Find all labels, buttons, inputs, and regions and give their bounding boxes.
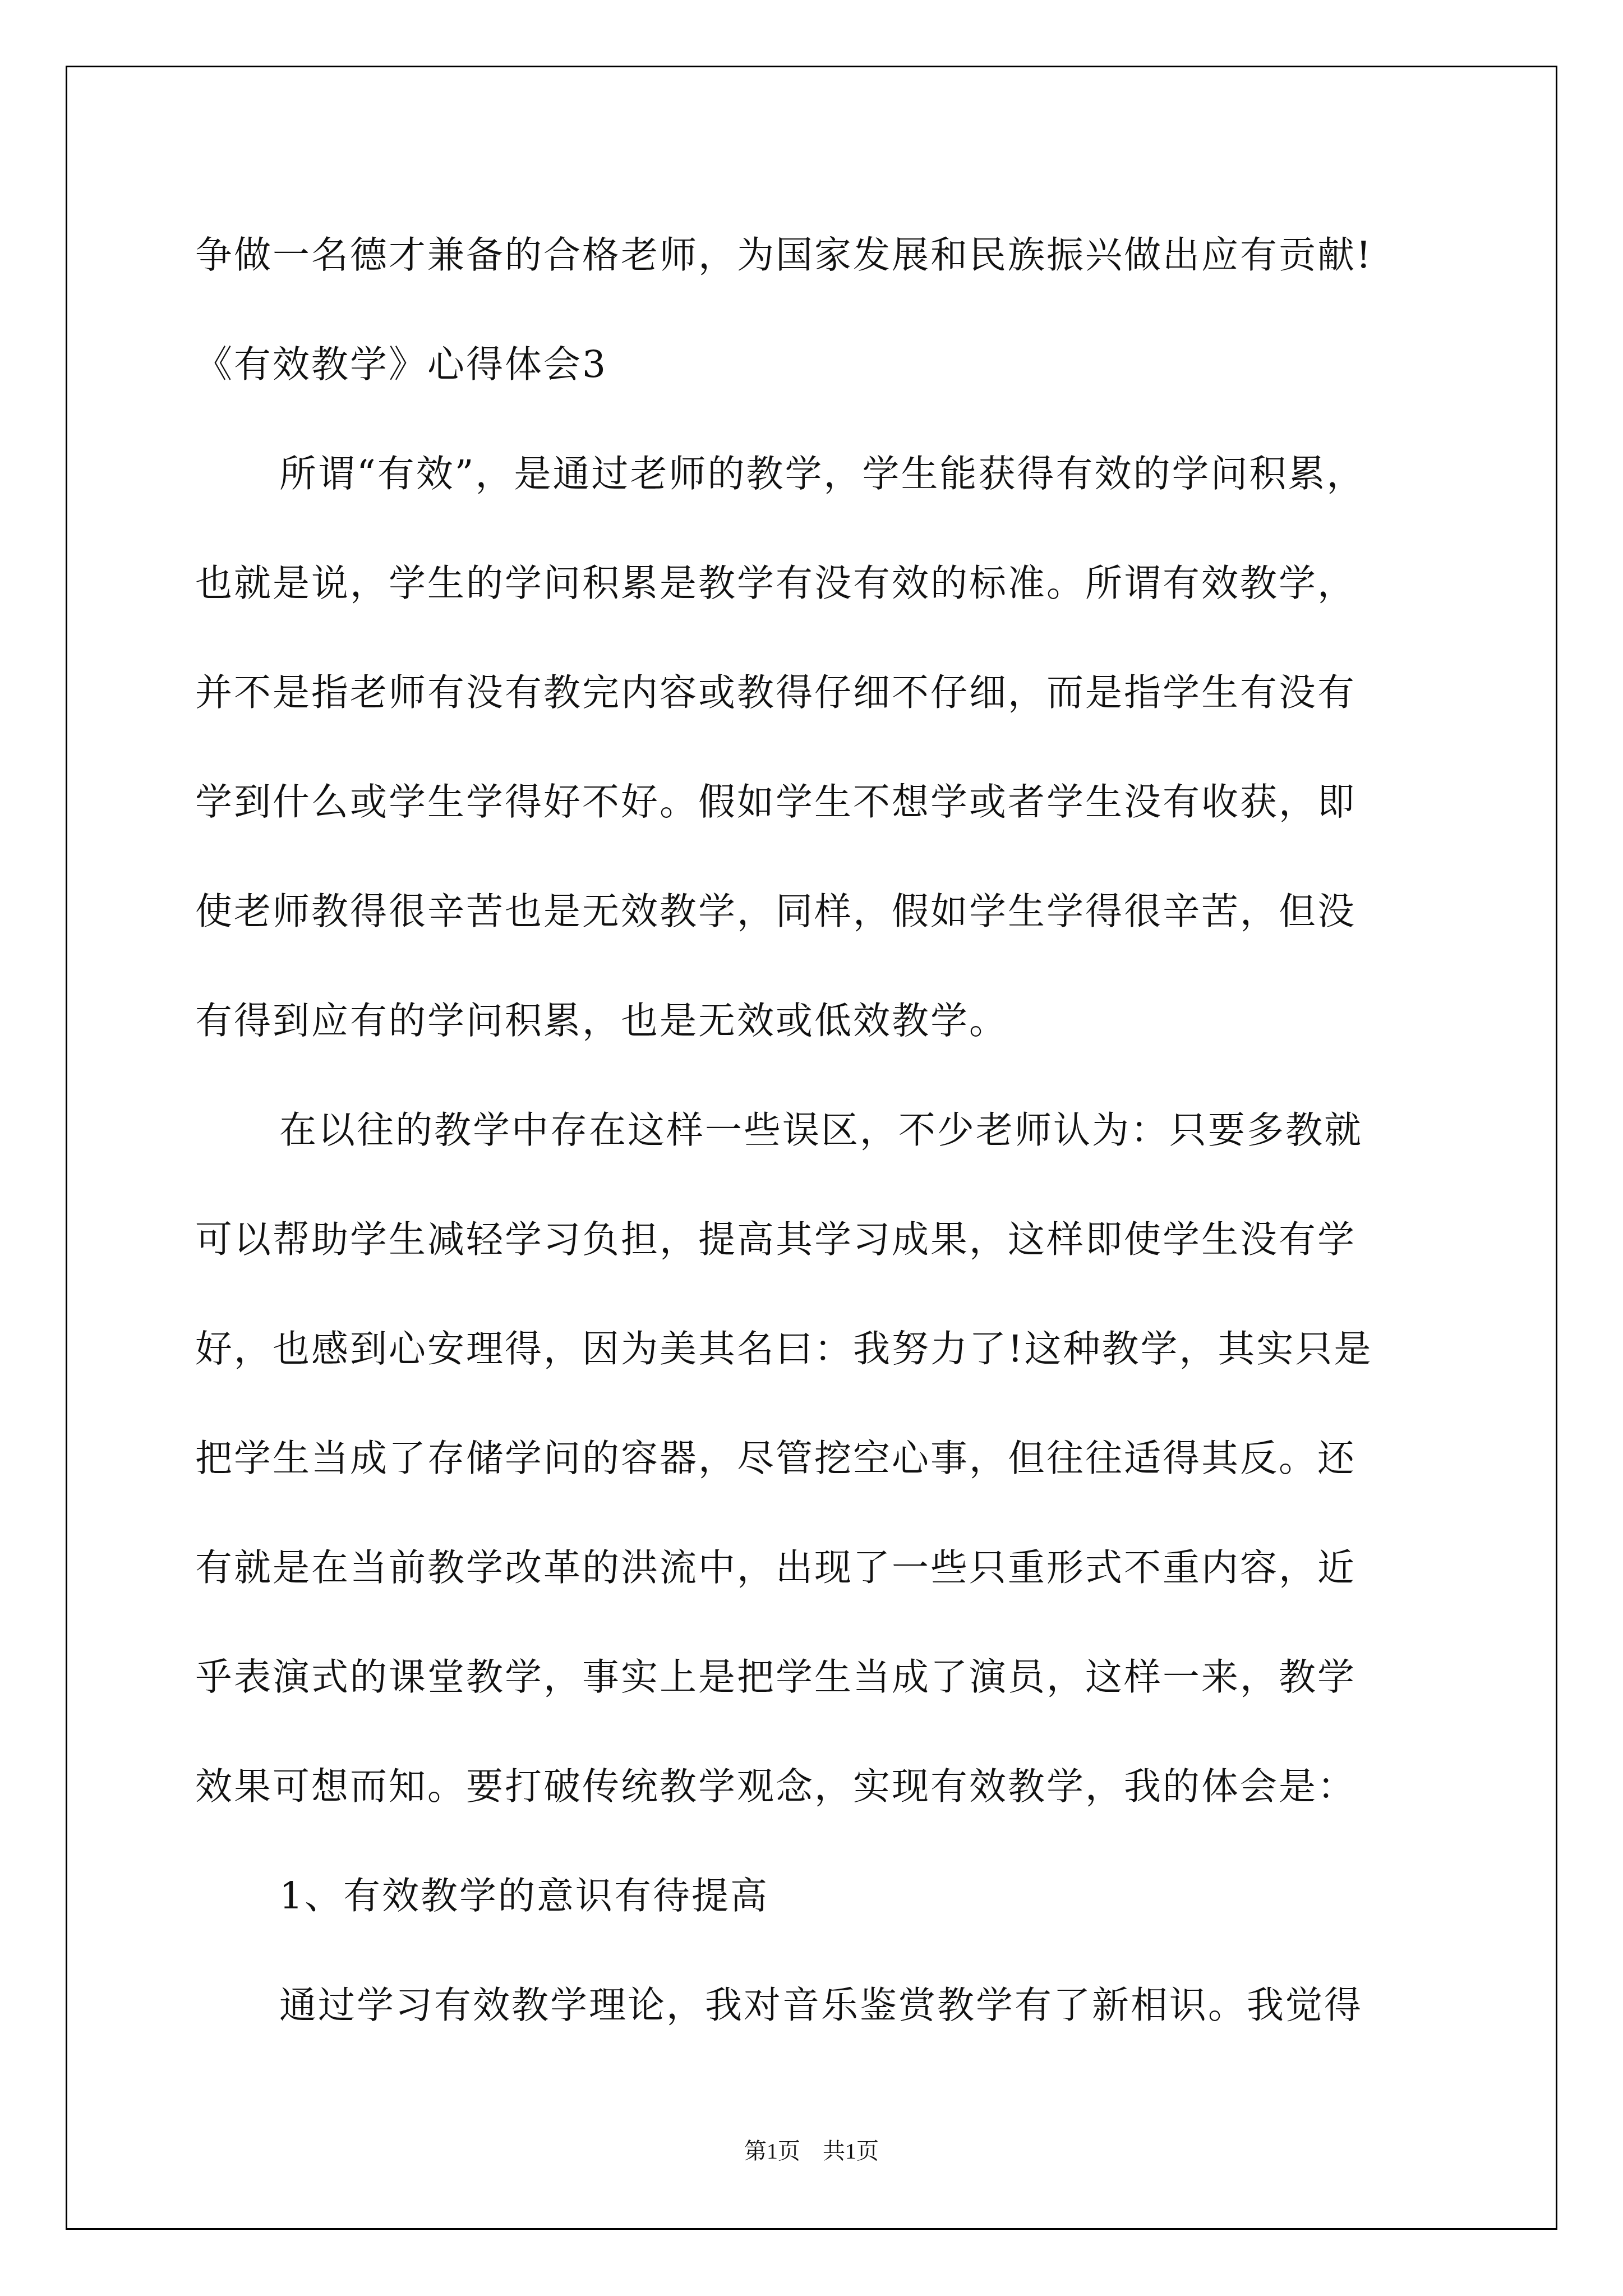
paragraph-line: 好，也感到心安理得，因为美其名曰：我努力了!这种教学，其实只是 [195,1315,1485,1425]
paragraph-line: 并不是指老师有没有教完内容或教得仔细不仔细，而是指学生有没有 [195,659,1485,769]
page-footer: 第1页 共1页 [0,2134,1623,2168]
section-heading: 《有效教学》心得体会3 [195,331,1485,440]
paragraph-line: 在以往的教学中存在这样一些误区，不少老师认为：只要多教就 [195,1097,1485,1206]
paragraph-line: 所谓“有效”，是通过老师的教学，学生能获得有效的学问积累， [195,440,1485,550]
paragraph-line: 把学生当成了存储学问的容器，尽管挖空心事，但往往适得其反。还 [195,1425,1485,1534]
paragraph-line: 使老师教得很辛苦也是无效教学，同样，假如学生学得很辛苦，但没 [195,878,1485,987]
list-subheading: 1、有效教学的意识有待提高 [195,1862,1485,1972]
paragraph-line: 也就是说，学生的学问积累是教学有没有效的标准。所谓有效教学， [195,550,1485,659]
paragraph-line: 有得到应有的学问积累，也是无效或低效教学。 [195,987,1485,1097]
paragraph-line: 效果可想而知。要打破传统教学观念，实现有效教学，我的体会是： [195,1753,1485,1862]
document-body: 争做一名德才兼备的合格老师，为国家发展和民族振兴做出应有贡献! 《有效教学》心得… [195,222,1485,2081]
paragraph-line: 争做一名德才兼备的合格老师，为国家发展和民族振兴做出应有贡献! [195,222,1485,331]
paragraph-line: 学到什么或学生学得好不好。假如学生不想学或者学生没有收获，即 [195,769,1485,878]
paragraph-line: 有就是在当前教学改革的洪流中，出现了一些只重形式不重内容，近 [195,1534,1485,1644]
page-number-label: 第1页 共1页 [744,2138,879,2164]
paragraph-line: 乎表演式的课堂教学，事实上是把学生当成了演员，这样一来，教学 [195,1644,1485,1753]
paragraph-line: 通过学习有效教学理论，我对音乐鉴赏教学有了新相识。我觉得 [195,1972,1485,2081]
paragraph-line: 可以帮助学生减轻学习负担，提高其学习成果，这样即使学生没有学 [195,1206,1485,1315]
